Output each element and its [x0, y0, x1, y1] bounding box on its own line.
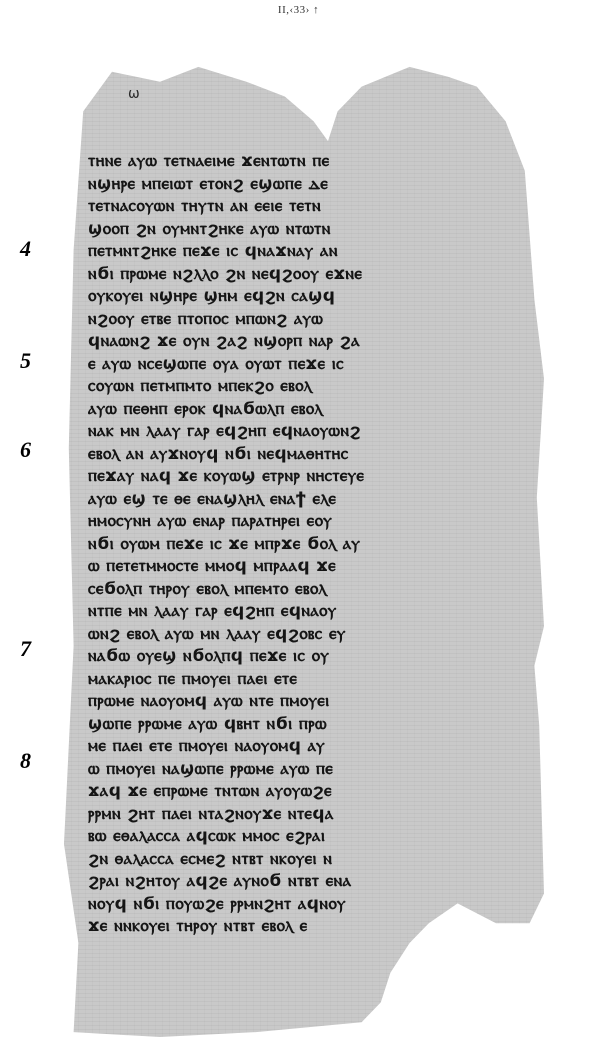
manuscript-line: ϩⲛ ⲑⲁⲗⲁⲥⲥⲁ ⲉⲥⲙⲉϩ ⲛⲧⲃⲧ ⲛⲕⲟⲩⲉⲓ ⲛ: [88, 848, 528, 871]
manuscript-line: ⲡⲉϫⲁⲩ ⲛⲁϥ ϫⲉ ⲕⲟⲩⲱϣ ⲉⲧⲣⲛⲣ ⲛⲏⲥⲧⲉⲩⲉ: [88, 465, 528, 488]
manuscript-line: ⲱⲛϩ ⲉⲃⲟⲗ ⲁⲩⲱ ⲙⲛ ⲗⲁⲁⲩ ⲉϥϩⲟⲃⲥ ⲉⲩ: [88, 623, 528, 646]
manuscript-line: ⲥⲟⲩⲱⲛ ⲡⲉⲧⲙⲡⲙⲧⲟ ⲙⲡⲉⲕϩⲟ ⲉⲃⲟⲗ: [88, 375, 528, 398]
manuscript-line: ⲧⲉⲧⲛⲁⲥⲟⲩⲱⲛ ⲧⲏⲩⲧⲛ ⲁⲛ ⲉⲉⲓⲉ ⲧⲉⲧⲛ: [88, 195, 528, 218]
manuscript-line: ⲁⲩⲱ ⲡⲉⲑⲏⲡ ⲉⲣⲟⲕ ϥⲛⲁϭⲱⲗⲡ ⲉⲃⲟⲗ: [88, 398, 528, 421]
manuscript-line: ⲉ ⲁⲩⲱ ⲛⲥⲉϣⲱⲡⲉ ⲟⲩⲁ ⲟⲩⲱⲧ ⲡⲉϫⲉ ⲓⲥ: [88, 353, 528, 376]
saying-number: 8: [20, 748, 31, 774]
marginal-page-mark: ω: [128, 86, 140, 102]
saying-number: 5: [20, 348, 31, 374]
manuscript-line: ϥⲛⲁⲱⲛϩ ϫⲉ ⲟⲩⲛ ϩⲁϩ ⲛϣⲟⲣⲡ ⲛⲁⲣ ϩⲁ: [88, 330, 528, 353]
manuscript-line: ⲡⲉⲧⲙⲛⲧϩⲏⲕⲉ ⲡⲉϫⲉ ⲓⲥ ϥⲛⲁϫⲛⲁⲩ ⲁⲛ: [88, 240, 528, 263]
manuscript-line: ϫⲁϥ ϫⲉ ⲉⲡⲣⲱⲙⲉ ⲧⲛⲧⲱⲛ ⲁⲩⲟⲩⲱϩⲉ: [88, 780, 528, 803]
manuscript-line: ⲛϩⲟⲟⲩ ⲉⲧⲃⲉ ⲡⲧⲟⲡⲟⲥ ⲙⲡⲱⲛϩ ⲁⲩⲱ: [88, 308, 528, 331]
manuscript-line: ⲱ ⲡⲉⲧⲉⲧⲙⲙⲟⲥⲧⲉ ⲙⲙⲟϥ ⲙⲡⲣⲁⲁϥ ϫⲉ: [88, 555, 528, 578]
manuscript-line: ⲛϭⲓ ⲡⲣⲱⲙⲉ ⲛϩⲗⲗⲟ ϩⲛ ⲛⲉϥϩⲟⲟⲩ ⲉϫⲛⲉ: [88, 263, 528, 286]
manuscript-line: ⲡⲣⲱⲙⲉ ⲛⲁⲟⲩⲟⲙϥ ⲁⲩⲱ ⲛⲧⲉ ⲡⲙⲟⲩⲉⲓ: [88, 690, 528, 713]
manuscript-line: ⲏⲙⲟⲥⲩⲛⲏ ⲁⲩⲱ ⲉⲛⲁⲣ ⲡⲁⲣⲁⲧⲏⲣⲉⲓ ⲉⲟⲩ: [88, 510, 528, 533]
manuscript-line: ϫⲉ ⲛⲛⲕⲟⲩⲉⲓ ⲧⲏⲣⲟⲩ ⲛⲧⲃⲧ ⲉⲃⲟⲗ ⲉ: [88, 915, 528, 938]
manuscript-line: ⲧⲏⲛⲉ ⲁⲩⲱ ⲧⲉⲧⲛⲁⲉⲓⲙⲉ ϫⲉⲛⲧⲱⲧⲛ ⲡⲉ: [88, 150, 528, 173]
manuscript-line: ϣⲟⲟⲡ ϩⲛ ⲟⲩⲙⲛⲧϩⲏⲕⲉ ⲁⲩⲱ ⲛⲧⲱⲧⲛ: [88, 218, 528, 241]
saying-number: 6: [20, 437, 31, 463]
manuscript-line: ⲟⲩⲕⲟⲩⲉⲓ ⲛϣⲏⲣⲉ ϣⲏⲙ ⲉϥϩⲛ ⲥⲁϣϥ: [88, 285, 528, 308]
saying-number: 7: [20, 636, 31, 662]
manuscript-line: ⲛⲁϭⲱ ⲟⲩⲉϣ ⲛϭⲟⲗⲡϥ ⲡⲉϫⲉ ⲓⲥ ⲟⲩ: [88, 645, 528, 668]
manuscript-line: ⲁⲩⲱ ⲉϣ ⲧⲉ ⲑⲉ ⲉⲛⲁϣⲗⲏⲗ ⲉⲛⲁϯ ⲉⲗⲉ: [88, 488, 528, 511]
manuscript-line: ⲥⲉϭⲟⲗⲡ ⲧⲏⲣⲟⲩ ⲉⲃⲟⲗ ⲙⲡⲉⲙⲧⲟ ⲉⲃⲟⲗ: [88, 578, 528, 601]
manuscript-line: ⲛϣⲏⲣⲉ ⲙⲡⲉⲓⲱⲧ ⲉⲧⲟⲛϩ ⲉϣⲱⲡⲉ ⲇⲉ: [88, 173, 528, 196]
page-reference: II,‹33› ↑: [0, 4, 597, 16]
manuscript-line: ϩⲣⲁⲓ ⲛϩⲏⲧⲟⲩ ⲁϥϩⲉ ⲁⲩⲛⲟϭ ⲛⲧⲃⲧ ⲉⲛⲁ: [88, 870, 528, 893]
manuscript-line: ⲉⲃⲟⲗ ⲁⲛ ⲁⲩϫⲛⲟⲩϥ ⲛϭⲓ ⲛⲉϥⲙⲁⲑⲏⲧⲏⲥ: [88, 443, 528, 466]
manuscript-line: ⲛⲟⲩϥ ⲛϭⲓ ⲡⲟⲩⲱϩⲉ ⲣⲣⲙⲛϩⲏⲧ ⲁϥⲛⲟⲩ: [88, 893, 528, 916]
manuscript-text-block: ⲧⲏⲛⲉ ⲁⲩⲱ ⲧⲉⲧⲛⲁⲉⲓⲙⲉ ϫⲉⲛⲧⲱⲧⲛ ⲡⲉⲛϣⲏⲣⲉ ⲙⲡⲉⲓⲱ…: [88, 150, 528, 938]
manuscript-line: ⲛϭⲓ ⲟⲩⲱⲙ ⲡⲉϫⲉ ⲓⲥ ϫⲉ ⲙⲡⲣϫⲉ ϭⲟⲗ ⲁⲩ: [88, 533, 528, 556]
manuscript-line: ⲃⲱ ⲉⲑⲁⲗⲁⲥⲥⲁ ⲁϥⲥⲱⲕ ⲙⲙⲟⲥ ⲉϩⲣⲁⲓ: [88, 825, 528, 848]
manuscript-line: ⲱ ⲡⲙⲟⲩⲉⲓ ⲛⲁϣⲱⲡⲉ ⲣⲣⲱⲙⲉ ⲁⲩⲱ ⲡⲉ: [88, 758, 528, 781]
manuscript-line: ⲙⲁⲕⲁⲣⲓⲟⲥ ⲡⲉ ⲡⲙⲟⲩⲉⲓ ⲡⲁⲉⲓ ⲉⲧⲉ: [88, 668, 528, 691]
manuscript-line: ⲣⲣⲙⲛ ϩⲏⲧ ⲡⲁⲉⲓ ⲛⲧⲁϩⲛⲟⲩϫⲉ ⲛⲧⲉϥⲁ: [88, 803, 528, 826]
manuscript-line: ⲛⲁⲕ ⲙⲛ ⲗⲁⲁⲩ ⲅⲁⲣ ⲉϥϩⲏⲡ ⲉϥⲛⲁⲟⲩⲱⲛϩ: [88, 420, 528, 443]
saying-number: 4: [20, 236, 31, 262]
manuscript-line: ⲙⲉ ⲡⲁⲉⲓ ⲉⲧⲉ ⲡⲙⲟⲩⲉⲓ ⲛⲁⲟⲩⲟⲙϥ ⲁⲩ: [88, 735, 528, 758]
manuscript-line: ⲛⲧⲡⲉ ⲙⲛ ⲗⲁⲁⲩ ⲅⲁⲣ ⲉϥϩⲏⲡ ⲉϥⲛⲁⲟⲩ: [88, 600, 528, 623]
manuscript-line: ϣⲱⲡⲉ ⲣⲣⲱⲙⲉ ⲁⲩⲱ ϥⲃⲏⲧ ⲛϭⲓ ⲡⲣⲱ: [88, 713, 528, 736]
